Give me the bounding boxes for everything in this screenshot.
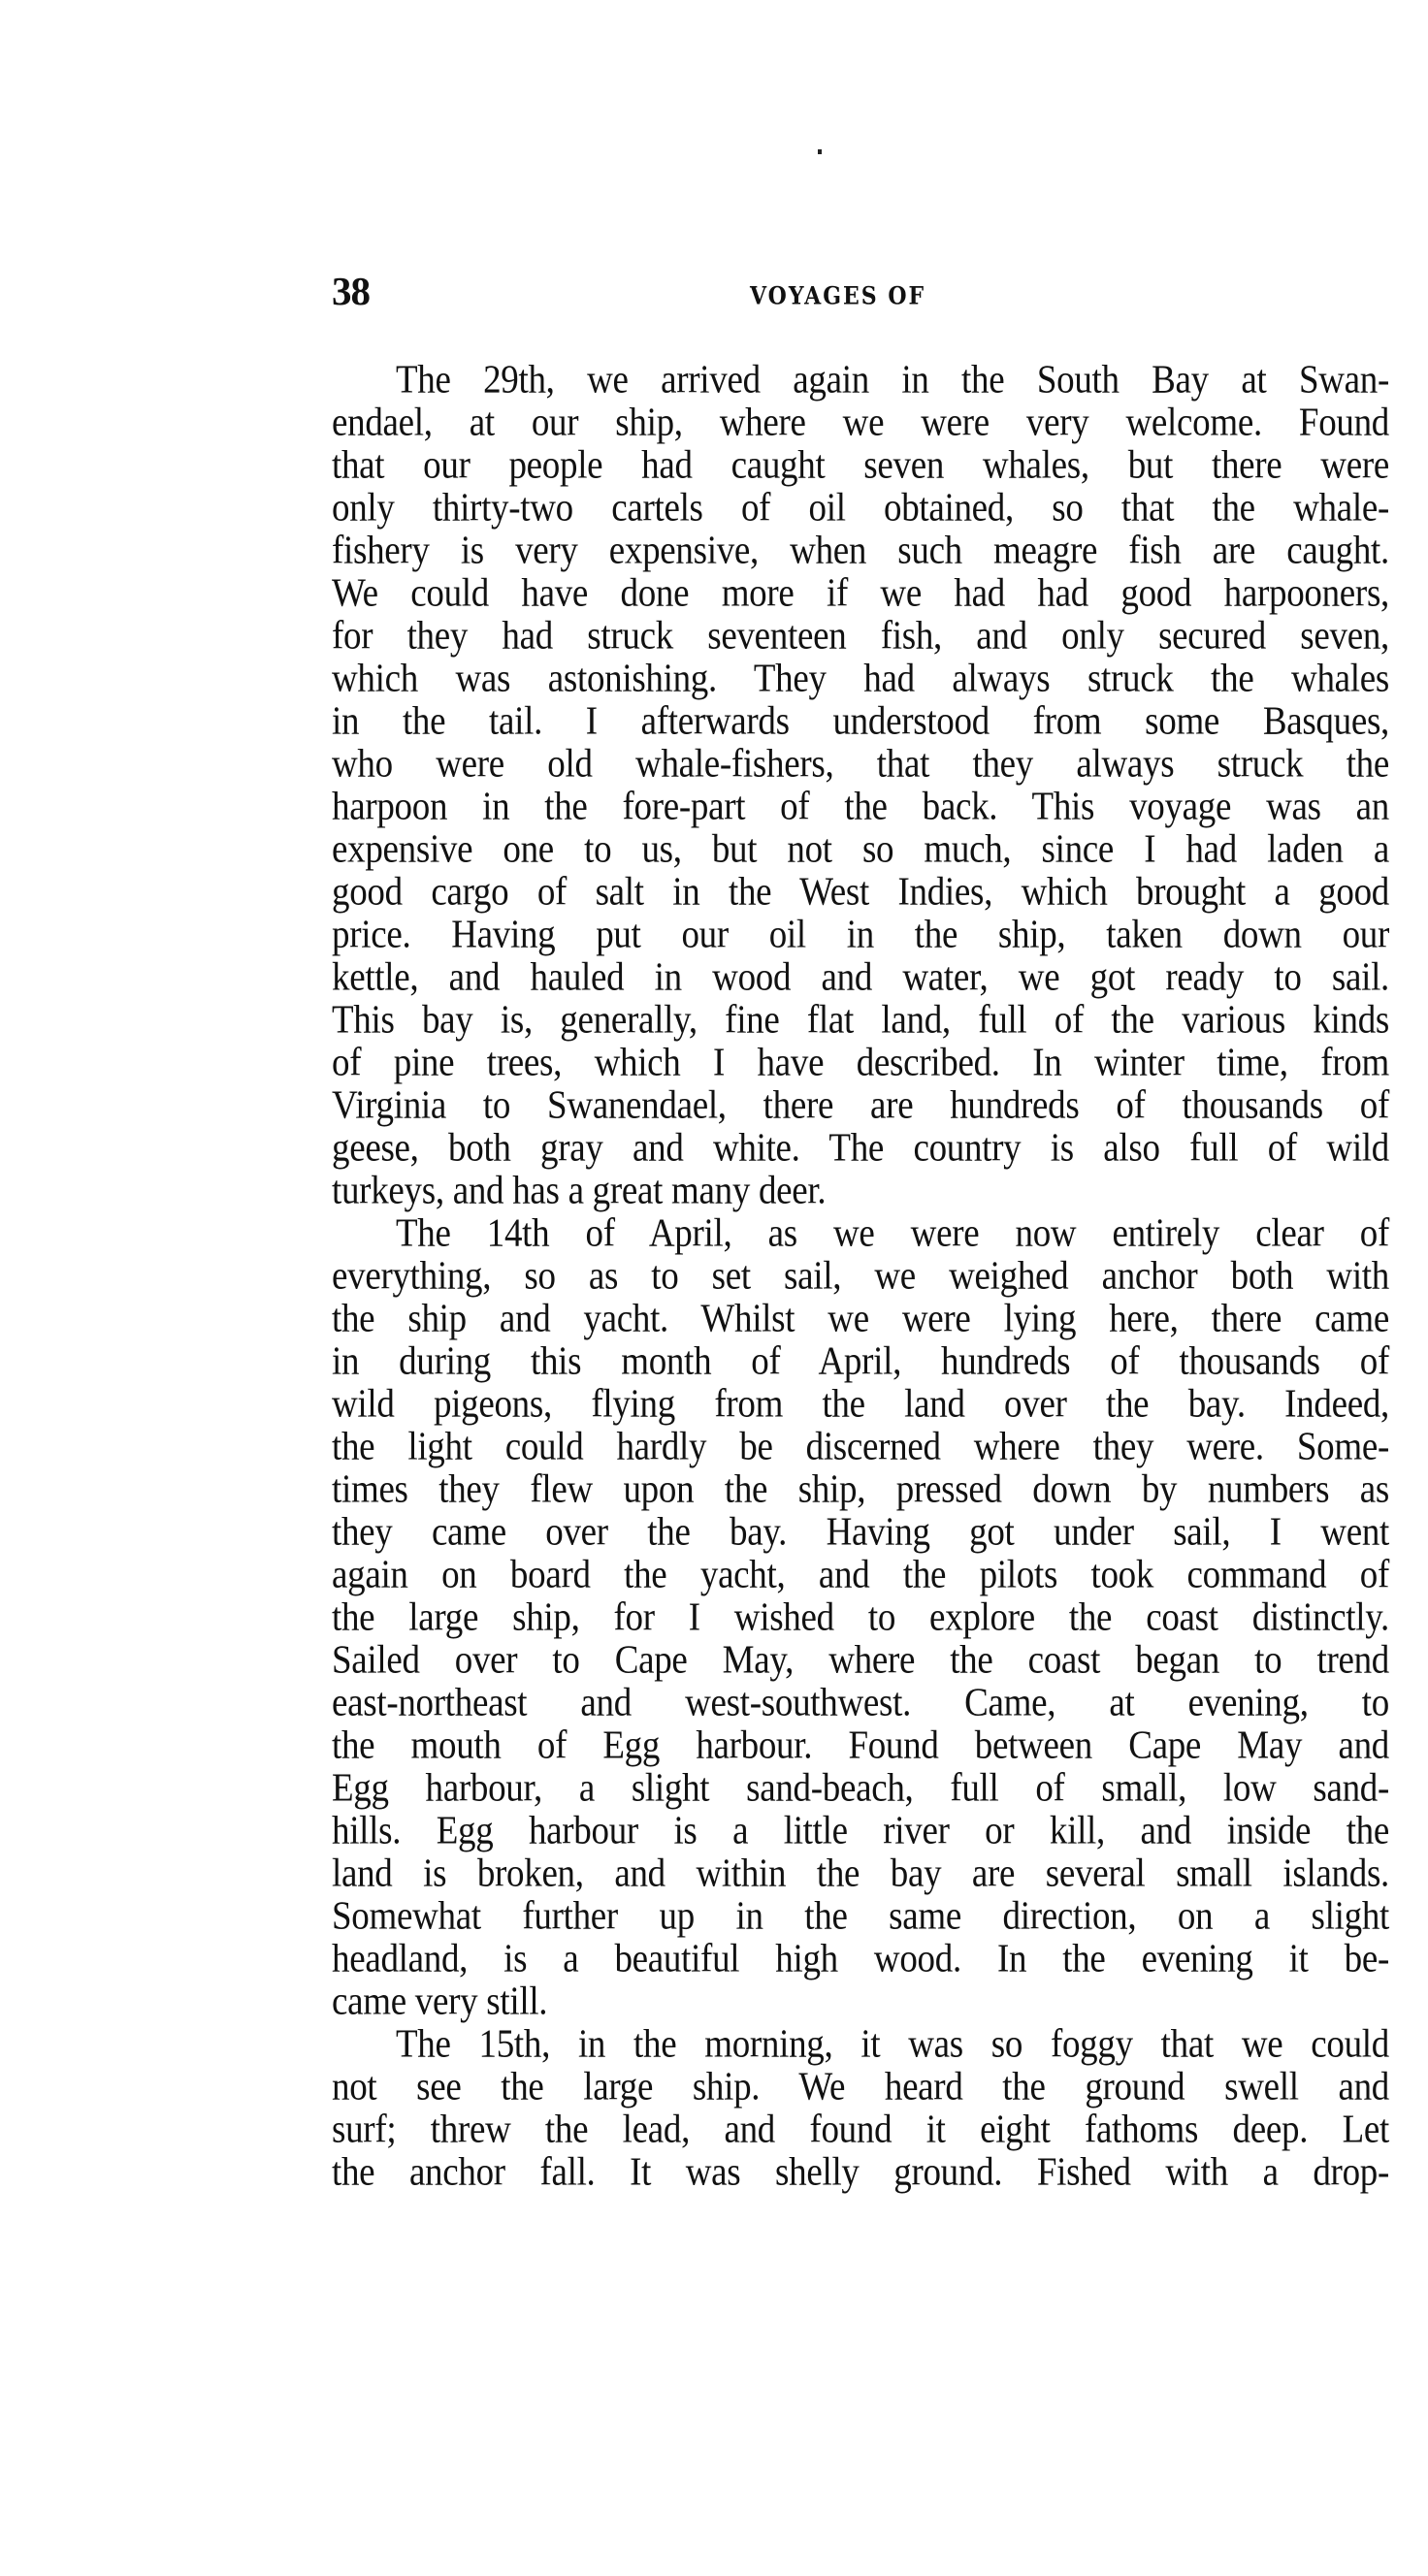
text-line: Sailed over to Cape May, where the coast…	[332, 1636, 1389, 1684]
text-line: The 14th of April, as we were now entire…	[332, 1209, 1389, 1257]
paragraph-2: The 14th of April, as we were now entire…	[332, 1212, 1389, 2023]
page-number: 38	[332, 270, 370, 312]
text-line: which was astonishing. They had always s…	[332, 655, 1389, 702]
text-line: the large ship, for I wished to explore …	[332, 1594, 1389, 1641]
text-line: not see the large ship. We heard the gro…	[332, 2063, 1389, 2110]
text-line: the ship and yacht. Whilst we were lying…	[332, 1295, 1389, 1342]
text-line: the anchor fall. It was shelly ground. F…	[332, 2148, 1389, 2196]
text-line: only thirty-two cartels of oil obtained,…	[332, 484, 1389, 531]
text-line: in during this month of April, hundreds …	[332, 1337, 1389, 1385]
text-line: expensive one to us, but not so much, si…	[332, 825, 1389, 873]
text-line: Egg harbour, a slight sand-beach, full o…	[332, 1764, 1389, 1812]
text-line: in the tail. I afterwards understood fro…	[332, 697, 1389, 745]
text-line: for they had struck seventeen fish, and …	[332, 612, 1389, 660]
running-title: VOYAGES OF	[750, 279, 925, 313]
running-head: 38 VOYAGES OF	[332, 268, 1389, 316]
text-line: headland, is a beautiful high wood. In t…	[332, 1935, 1389, 1982]
text-line: times they flew upon the ship, pressed d…	[332, 1465, 1389, 1513]
text-line: wild pigeons, flying from the land over …	[332, 1380, 1389, 1428]
text-line: turkeys, and has a great many deer.	[332, 1167, 1389, 1214]
text-line: fishery is very expensive, when such mea…	[332, 527, 1389, 574]
text-line: land is broken, and within the bay are s…	[332, 1850, 1389, 1897]
text-line: they came over the bay. Having got under…	[332, 1508, 1389, 1556]
text-line: surf; threw the lead, and found it eight…	[332, 2106, 1389, 2153]
text-line: the light could hardly be discerned wher…	[332, 1423, 1389, 1470]
text-line: harpoon in the fore-part of the back. Th…	[332, 783, 1389, 830]
text-line: of pine trees, which I have described. I…	[332, 1039, 1389, 1086]
text-line: The 15th, in the morning, it was so fogg…	[332, 2020, 1389, 2068]
text-line: everything, so as to set sail, we weighe…	[332, 1252, 1389, 1300]
text-line: came very still.	[332, 1978, 1389, 2025]
text-line: The 29th, we arrived again in the South …	[332, 356, 1389, 403]
text-line: that our people had caught seven whales,…	[332, 441, 1389, 489]
paragraph-1: The 29th, we arrived again in the South …	[332, 359, 1389, 1212]
text-line: the mouth of Egg harbour. Found between …	[332, 1722, 1389, 1769]
text-line: Somewhat further up in the same directio…	[332, 1892, 1389, 1940]
scan-speck	[818, 149, 822, 154]
text-line: This bay is, generally, fine flat land, …	[332, 996, 1389, 1044]
text-line: geese, both gray and white. The country …	[332, 1124, 1389, 1172]
text-line: again on board the yacht, and the pilots…	[332, 1551, 1389, 1598]
text-line: east-northeast and west-southwest. Came,…	[332, 1679, 1389, 1726]
text-line: Virginia to Swanendael, there are hundre…	[332, 1081, 1389, 1129]
text-line: good cargo of salt in the West Indies, w…	[332, 868, 1389, 916]
text-line: We could have done more if we had had go…	[332, 569, 1389, 617]
text-line: hills. Egg harbour is a little river or …	[332, 1807, 1389, 1854]
text-line: who were old whale-fishers, that they al…	[332, 740, 1389, 788]
text-line: endael, at our ship, where we were very …	[332, 399, 1389, 446]
body-text: The 29th, we arrived again in the South …	[332, 359, 1389, 2194]
text-line: price. Having put our oil in the ship, t…	[332, 911, 1389, 958]
text-line: kettle, and hauled in wood and water, we…	[332, 953, 1389, 1001]
paragraph-3: The 15th, in the morning, it was so fogg…	[332, 2023, 1389, 2194]
